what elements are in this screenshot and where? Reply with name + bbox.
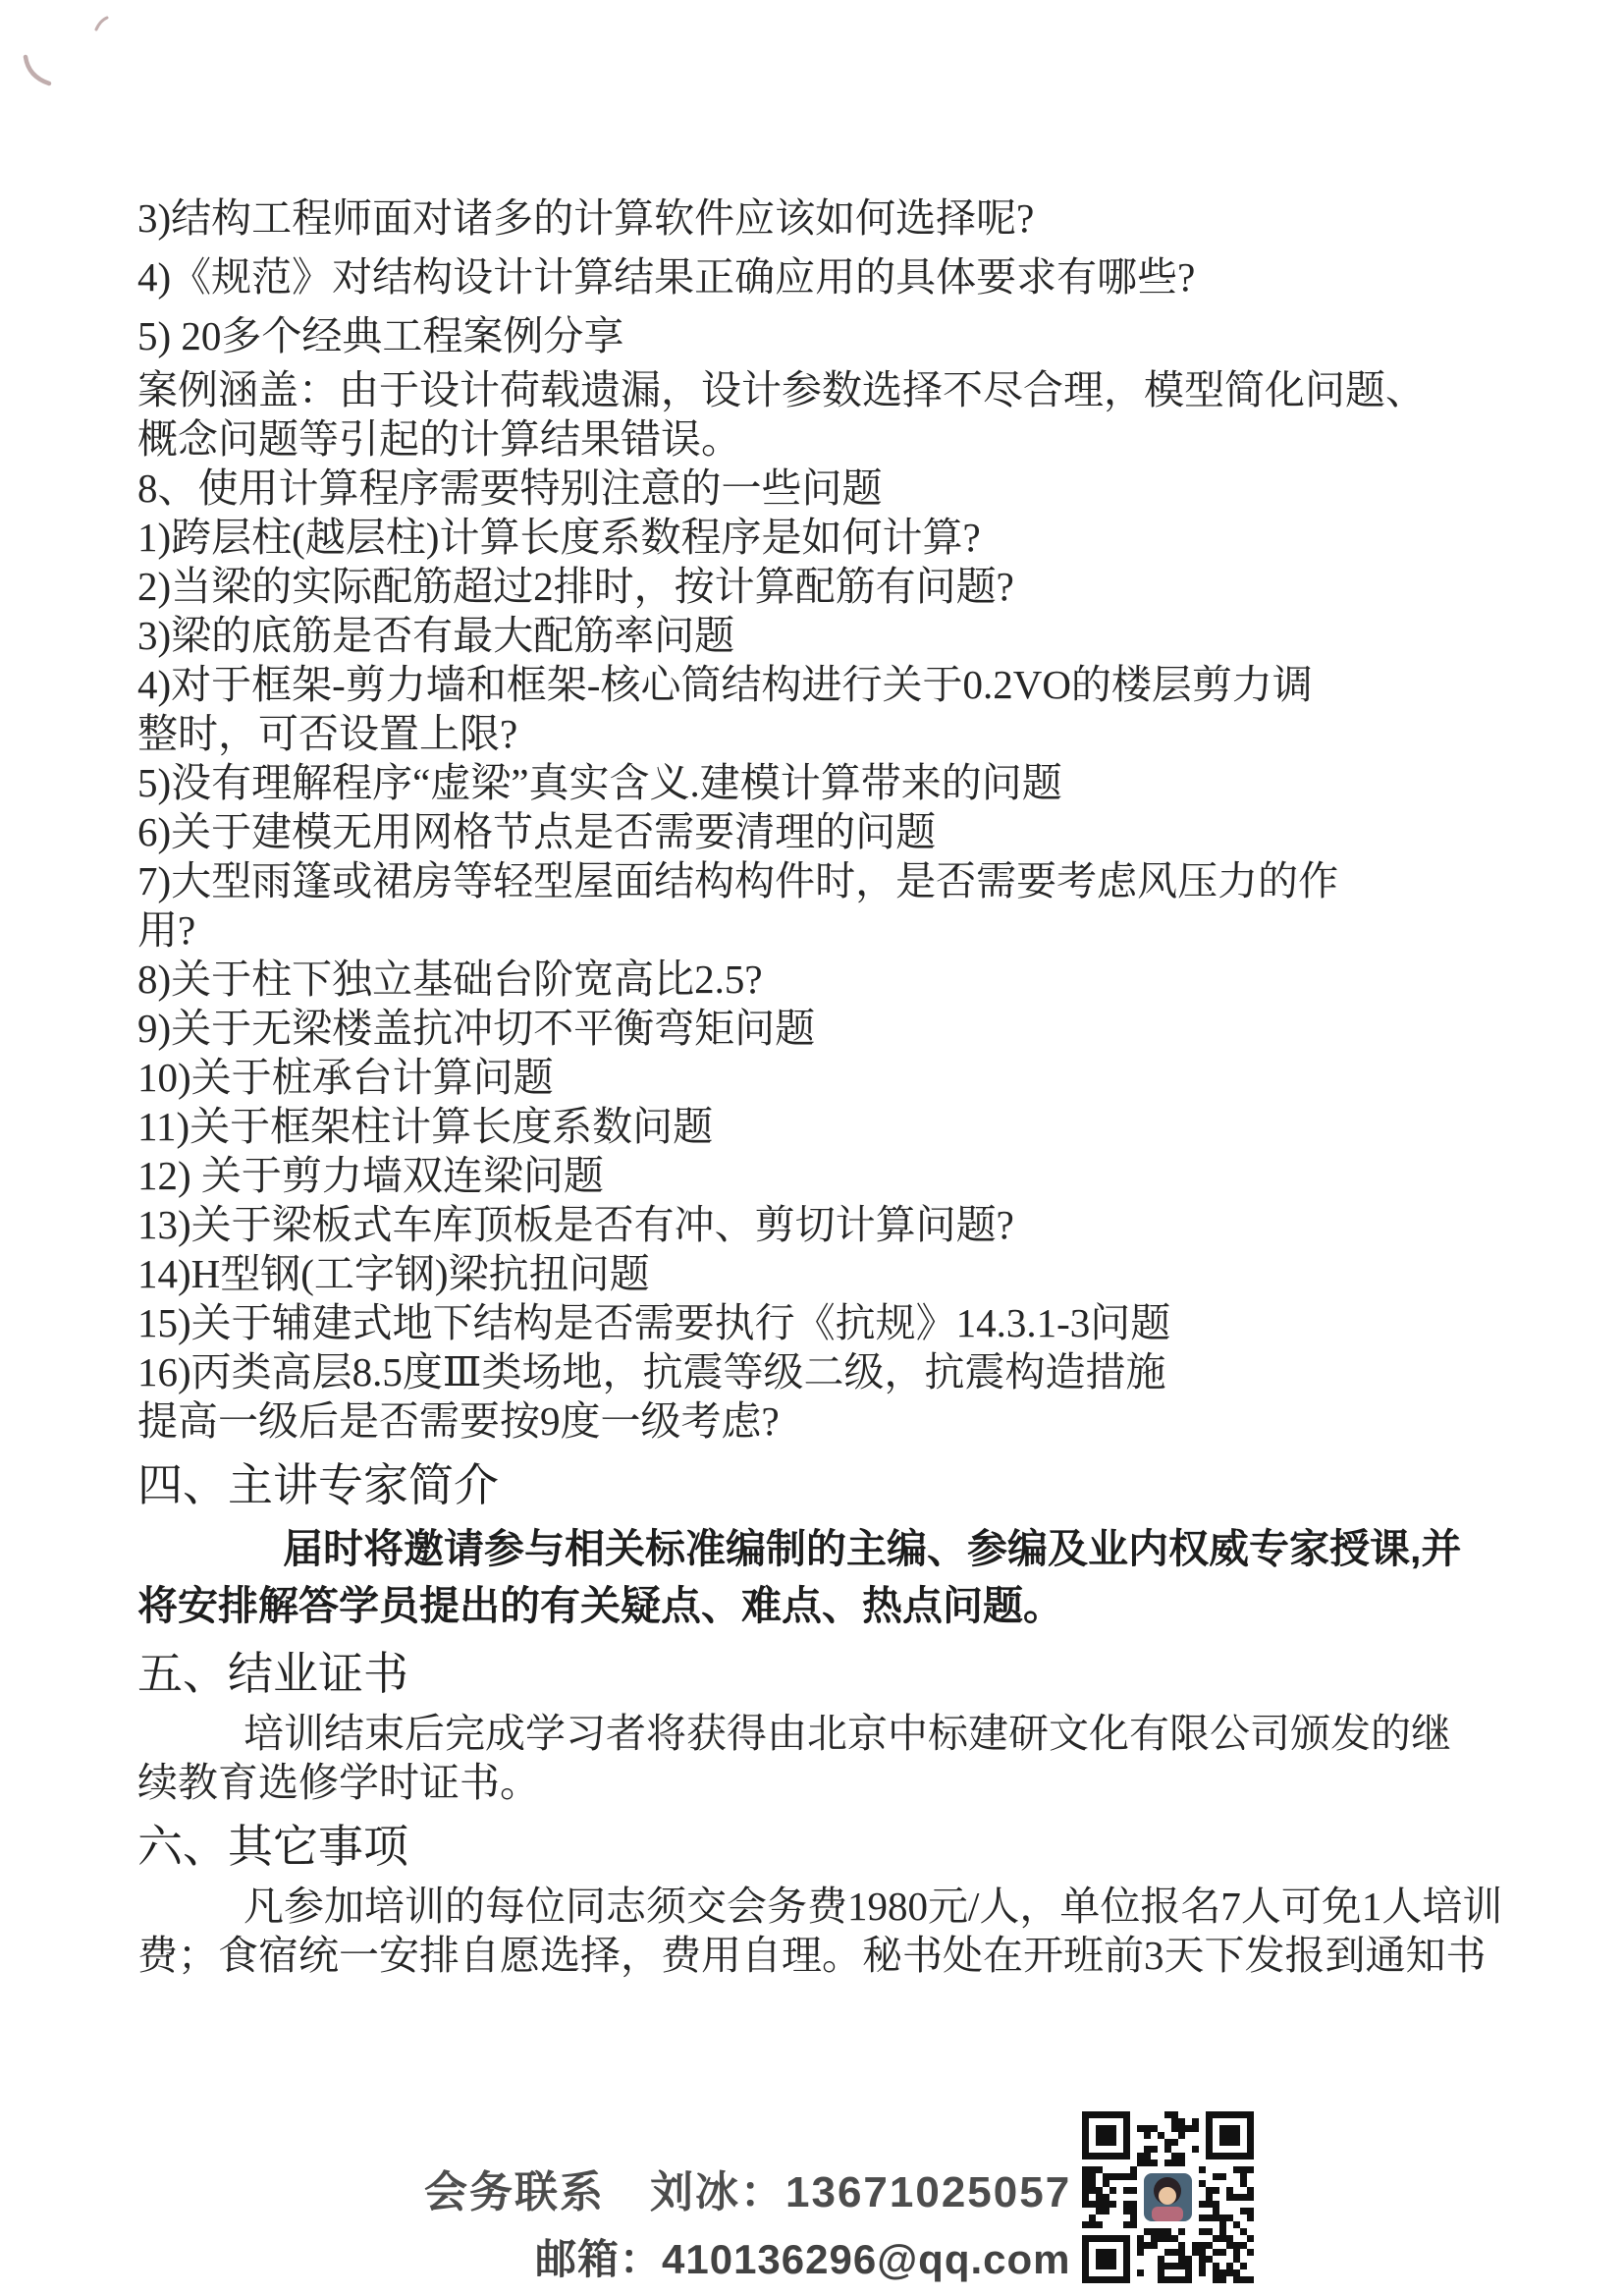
text-line: 6)关于建模无用网格节点是否需要清理的问题 [137,807,1591,856]
pen-marks-icon [0,0,167,128]
text-line: 8、使用计算程序需要特别注意的一些问题 [137,464,1591,513]
text-line: 7)大型雨篷或裙房等轻型屋面结构构件时，是否需要考虑风压力的作 [137,856,1591,905]
text-line: 2)当梁的实际配筋超过2排时，按计算配筋有问题? [137,562,1591,611]
text-line: 14)H型钢(工字钢)梁抗扭问题 [137,1249,1591,1298]
text-line: 3)梁的底筋是否有最大配筋率问题 [137,611,1591,660]
text-line: 六、其它事项 [137,1819,1591,1876]
text-line: 10)关于桩承台计算问题 [137,1053,1591,1102]
text-line: 1)跨层柱(越层柱)计算长度系数程序是如何计算? [137,513,1591,562]
text-line: 3)结构工程师面对诸多的计算软件应该如何选择呢? [137,189,1591,247]
text-line: 4)对于框架-剪力墙和框架-核心筒结构进行关于0.2VO的楼层剪力调 [137,660,1591,709]
text-line: 将安排解答学员提出的有关疑点、难点、热点问题。 [137,1577,1591,1634]
text-line: 提高一级后是否需要按9度一级考虑? [137,1396,1591,1446]
text-line: 5) 20多个经典工程案例分享 [137,306,1591,365]
text-line: 16)丙类高层8.5度Ⅲ类场地，抗震等级二级，抗震构造措施 [137,1347,1591,1396]
text-line: 用? [137,905,1591,955]
contact-email-line: 邮箱：410136296@qq.com [535,2227,1071,2286]
contact-phone-line: 会务联系 刘冰：13671025057 [424,2157,1071,2219]
text-line: 9)关于无梁楼盖抗冲切不平衡弯矩问题 [137,1004,1591,1053]
wechat-qr-code-icon [1082,2111,1254,2283]
contact-avatar-icon [1140,2169,1196,2225]
text-line: 13)关于梁板式车库顶板是否有冲、剪切计算问题? [137,1200,1591,1249]
document-page: 3)结构工程师面对诸多的计算软件应该如何选择呢?4)《规范》对结构设计计算结果正… [0,0,1623,2296]
text-line: 五、结业证书 [137,1646,1591,1703]
text-line: 15)关于辅建式地下结构是否需要执行《抗规》14.3.1-3问题 [137,1298,1591,1347]
text-line: 凡参加培训的每位同志须交会务费1980元/人，单位报名7人可免1人培训 [137,1882,1591,1931]
text-line: 5)没有理解程序“虚梁”真实含义.建模计算带来的问题 [137,758,1591,807]
text-line: 续教育选修学时证书。 [137,1758,1591,1807]
text-line: 案例涵盖：由于设计荷载遗漏，设计参数选择不尽合理，模型简化问题、 [137,365,1591,414]
body-text: 3)结构工程师面对诸多的计算软件应该如何选择呢?4)《规范》对结构设计计算结果正… [137,189,1591,1980]
text-line: 4)《规范》对结构设计计算结果正确应用的具体要求有哪些? [137,247,1591,306]
text-line: 11)关于框架柱计算长度系数问题 [137,1102,1591,1151]
text-line: 概念问题等引起的计算结果错误。 [137,414,1591,464]
text-line: 整时，可否设置上限? [137,709,1591,758]
text-line: 费；食宿统一安排自愿选择，费用自理。秘书处在开班前3天下发报到通知书 [137,1931,1591,1980]
text-line: 8)关于柱下独立基础台阶宽高比2.5? [137,955,1591,1004]
text-line: 12) 关于剪力墙双连梁问题 [137,1151,1591,1200]
text-line: 四、主讲专家简介 [137,1457,1591,1514]
text-line: 培训结束后完成学习者将获得由北京中标建研文化有限公司颁发的继 [137,1709,1591,1758]
text-line: 届时将邀请参与相关标准编制的主编、参编及业内权威专家授课,并 [137,1520,1591,1577]
